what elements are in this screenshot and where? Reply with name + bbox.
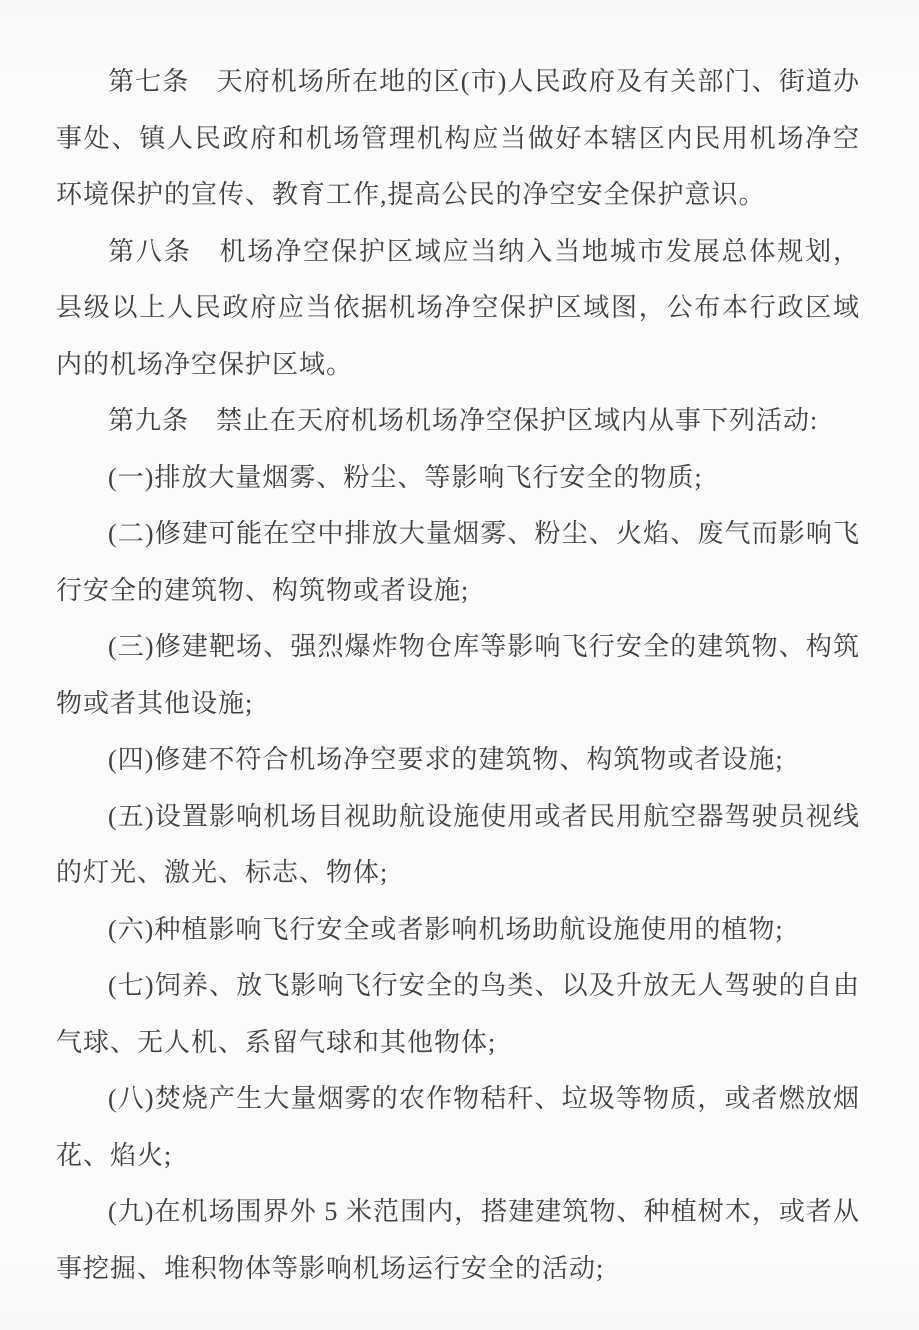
paragraph-article-8: 第八条 机场净空保护区域应当纳入当地城市发展总体规划，县级以上人民政府应当依据机…	[56, 224, 860, 394]
paragraph-item-4: (四)修建不符合机场净空要求的建筑物、构筑物或者设施;	[56, 732, 860, 789]
paragraph-item-5: (五)设置影响机场目视助航设施使用或者民用航空器驾驶员视线的灯光、激光、标志、物…	[56, 789, 860, 902]
paragraph-item-7: (七)饲养、放飞影响飞行安全的鸟类、以及升放无人驾驶的自由气球、无人机、系留气球…	[56, 958, 860, 1071]
paragraph-item-9: (九)在机场围界外 5 米范围内，搭建建筑物、种植树木，或者从事挖掘、堆积物体等…	[56, 1184, 860, 1297]
paragraph-item-2: (二)修建可能在空中排放大量烟雾、粉尘、火焰、废气而影响飞行安全的建筑物、构筑物…	[56, 506, 860, 619]
paragraph-item-8: (八)焚烧产生大量烟雾的农作物秸秆、垃圾等物质，或者燃放烟花、焰火;	[56, 1071, 860, 1184]
paragraph-article-7: 第七条 天府机场所在地的区(市)人民政府及有关部门、街道办事处、镇人民政府和机场…	[56, 54, 860, 224]
paragraph-item-6: (六)种植影响飞行安全或者影响机场助航设施使用的植物;	[56, 902, 860, 959]
document-page: 第七条 天府机场所在地的区(市)人民政府及有关部门、街道办事处、镇人民政府和机场…	[0, 0, 919, 1330]
paragraph-article-9-lead: 第九条 禁止在天府机场机场净空保护区域内从事下列活动:	[56, 393, 860, 450]
paragraph-item-1: (一)排放大量烟雾、粉尘、等影响飞行安全的物质;	[56, 450, 860, 507]
paragraph-item-3: (三)修建靶场、强烈爆炸物仓库等影响飞行安全的建筑物、构筑物或者其他设施;	[56, 619, 860, 732]
